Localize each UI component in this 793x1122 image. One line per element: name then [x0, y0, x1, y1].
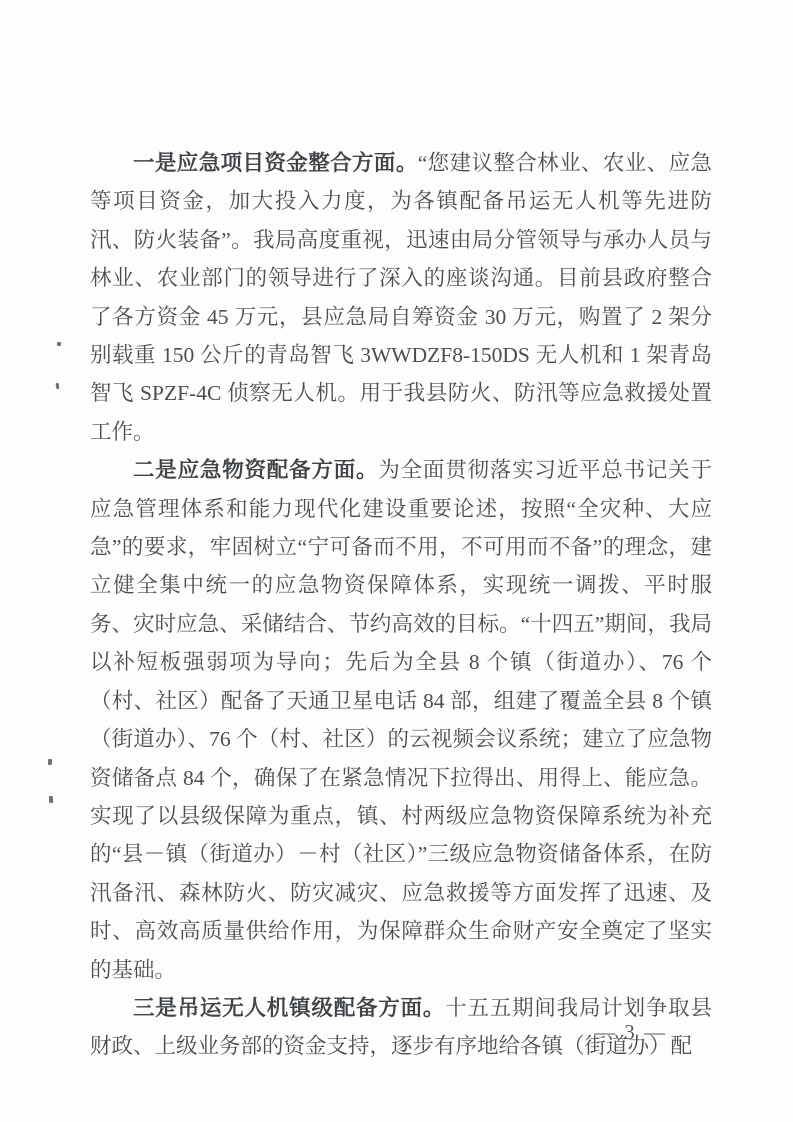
paragraph-funding-integration-heading: 一是应急项目资金整合方面。	[133, 151, 418, 175]
ink-speck	[49, 796, 53, 803]
ink-speck	[57, 342, 62, 347]
document-body: 一是应急项目资金整合方面。“您建议整合林业、农业、应急等项目资金，加大投入力度，…	[90, 144, 712, 1066]
paragraph-supplies-provision-text: 为全面贯彻落实习近平总书记关于应急管理体系和能力现代化建设重要论述，按照“全灾种…	[90, 458, 712, 981]
paragraph-drone-deployment-heading: 三是吊运无人机镇级配备方面。	[133, 996, 445, 1020]
paragraph-funding-integration: 一是应急项目资金整合方面。“您建议整合林业、农业、应急等项目资金，加大投入力度，…	[90, 144, 712, 451]
scanned-document-page: 一是应急项目资金整合方面。“您建议整合林业、农业、应急等项目资金，加大投入力度，…	[0, 0, 793, 1122]
ink-speck	[48, 759, 53, 765]
ink-speck	[56, 383, 60, 389]
paragraph-supplies-provision: 二是应急物资配备方面。为全面贯彻落实习近平总书记关于应急管理体系和能力现代化建设…	[90, 451, 712, 989]
page-number: — 3 —	[594, 1020, 684, 1045]
paragraph-funding-integration-text: “您建议整合林业、农业、应急等项目资金，加大投入力度，为各镇配备吊运无人机等先进…	[90, 151, 712, 444]
paragraph-supplies-provision-heading: 二是应急物资配备方面。	[133, 458, 378, 482]
